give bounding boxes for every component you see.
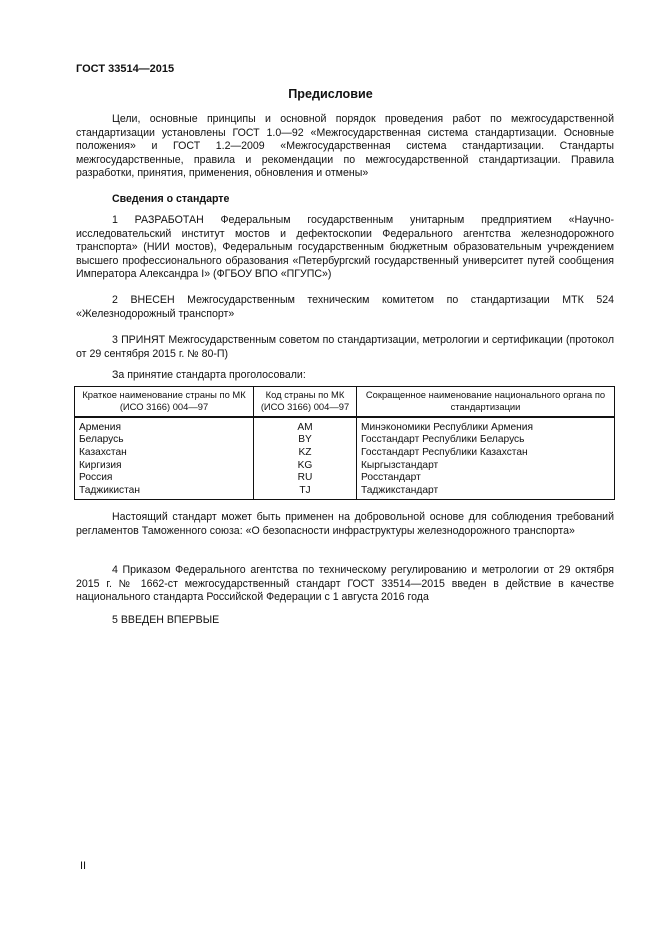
cell-country: Казахстан <box>75 447 254 460</box>
item-2-paragraph: 2 ВНЕСЕН Межгосударственным техническим … <box>76 294 614 321</box>
intro-paragraph: Цели, основные принципы и основной поряд… <box>76 113 614 181</box>
table-row: КазахстанKZГосстандарт Республики Казахс… <box>75 447 615 460</box>
table-row: КиргизияKGКыргызстандарт <box>75 460 615 473</box>
table-row: РоссияRUРосстандарт <box>75 472 615 485</box>
page-number: II <box>80 860 86 872</box>
vote-label: За принятие стандарта проголосовали: <box>76 369 614 383</box>
cell-agency: Госстандарт Республики Беларусь <box>357 434 615 447</box>
cell-code: TJ <box>254 485 357 500</box>
cell-country: Россия <box>75 472 254 485</box>
cell-code: KZ <box>254 447 357 460</box>
item-3-paragraph: 3 ПРИНЯТ Межгосударственным советом по с… <box>76 334 614 361</box>
cell-country: Армения <box>75 417 254 435</box>
section-heading: Сведения о стандарте <box>112 193 229 205</box>
cell-agency: Кыргызстандарт <box>357 460 615 473</box>
table-row: АрменияAMМинэкономики Республики Армения <box>75 417 615 435</box>
column-header-agency: Сокращенное наименование национального о… <box>357 387 615 417</box>
cell-code: BY <box>254 434 357 447</box>
table-row: ТаджикистанTJТаджикстандарт <box>75 485 615 500</box>
table-header-row: Краткое наименование страны по МК (ИСО 3… <box>75 387 615 417</box>
item-5-paragraph: 5 ВВЕДЕН ВПЕРВЫЕ <box>76 614 614 628</box>
column-header-country: Краткое наименование страны по МК (ИСО 3… <box>75 387 254 417</box>
cell-code: KG <box>254 460 357 473</box>
cell-agency: Минэкономики Республики Армения <box>357 417 615 435</box>
cell-country: Беларусь <box>75 434 254 447</box>
page-title: Предисловие <box>0 87 661 101</box>
item-1-paragraph: 1 РАЗРАБОТАН Федеральным государственным… <box>76 214 614 282</box>
cell-code: AM <box>254 417 357 435</box>
voting-table: Краткое наименование страны по МК (ИСО 3… <box>74 386 615 500</box>
column-header-code: Код страны по МК (ИСО 3166) 004—97 <box>254 387 357 417</box>
document-id: ГОСТ 33514—2015 <box>76 63 174 75</box>
cell-code: RU <box>254 472 357 485</box>
cell-country: Киргизия <box>75 460 254 473</box>
cell-agency: Госстандарт Республики Казахстан <box>357 447 615 460</box>
note-paragraph: Настоящий стандарт может быть применен н… <box>76 511 614 538</box>
table-row: БеларусьBYГосстандарт Республики Беларус… <box>75 434 615 447</box>
item-4-paragraph: 4 Приказом Федерального агентства по тех… <box>76 564 614 605</box>
cell-agency: Таджикстандарт <box>357 485 615 500</box>
cell-country: Таджикистан <box>75 485 254 500</box>
cell-agency: Росстандарт <box>357 472 615 485</box>
